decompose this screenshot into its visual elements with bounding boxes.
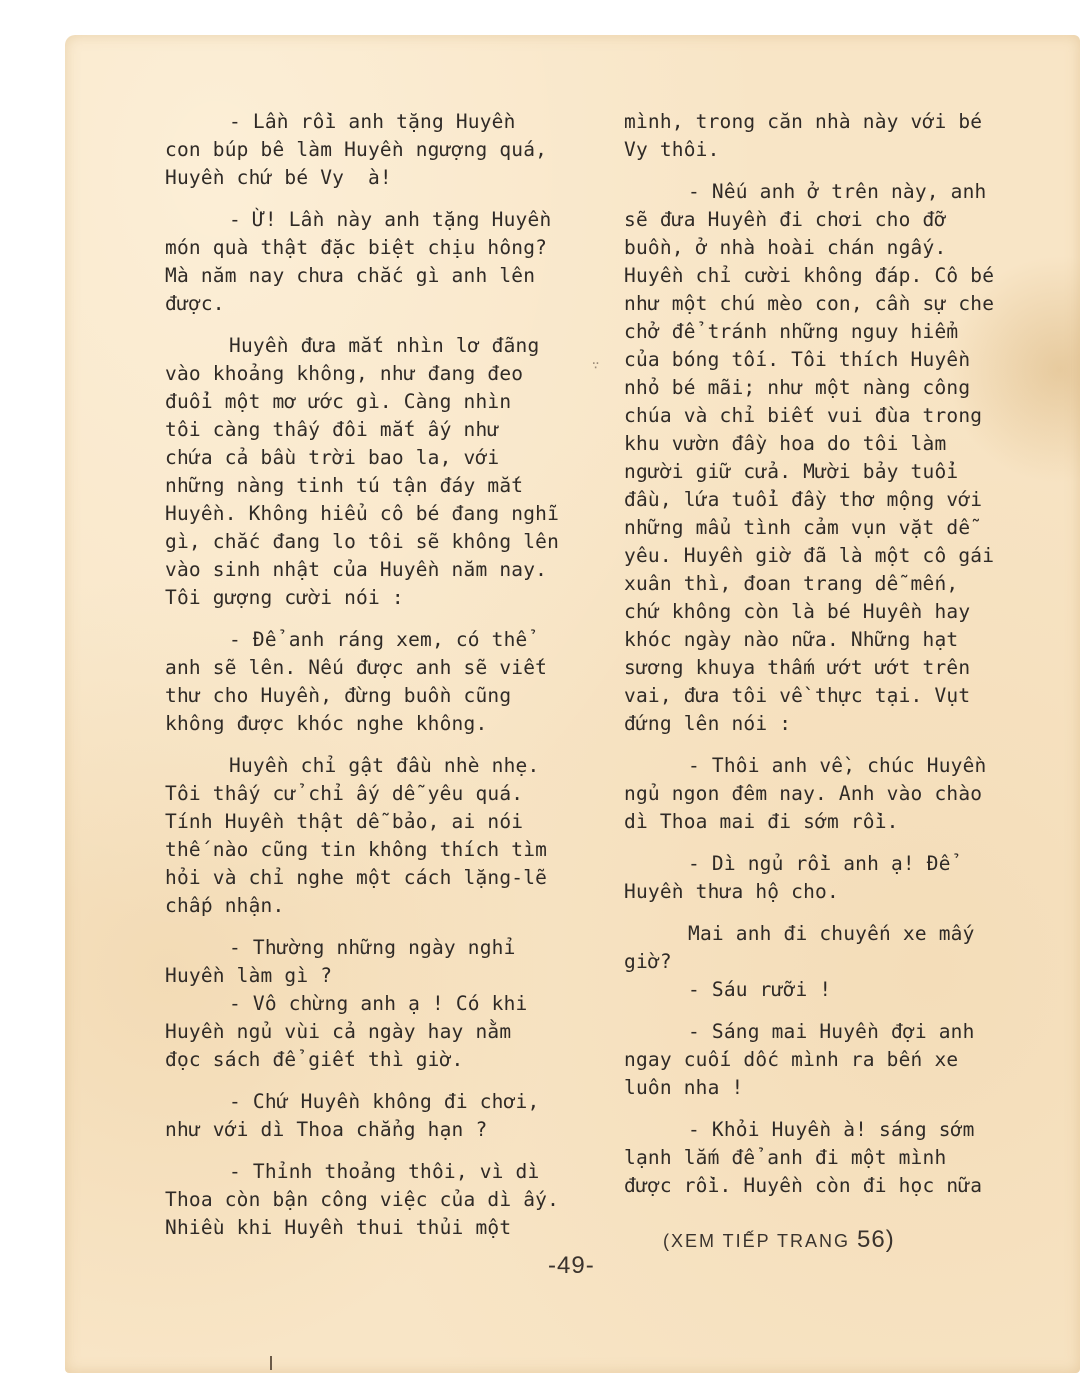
paragraph: - Để anh ráng xem, có thểanh sẽ lên. Nếu… [165, 626, 615, 738]
text-line: anh sẽ lên. Nếu được anh sẽ viết [165, 654, 615, 682]
paragraph: - Thôi anh về, chúc Huyềnngủ ngon đêm na… [624, 752, 1044, 836]
text-line: - Sáu rưỡi ! [624, 976, 1044, 1004]
text-line: tôi càng thấy đôi mắt ấy như [165, 416, 615, 444]
paragraph: - Sáng mai Huyền đợi anhngay cuối dốc mì… [624, 1018, 1044, 1102]
text-line: khóc ngày nào nữa. Những hạt [624, 626, 1044, 654]
continuation-note: (XEM TIẾP TRANG 56) [663, 1226, 895, 1254]
paragraph: - Dì ngủ rồi anh ạ! ĐểHuyền thưa hộ cho. [624, 850, 1044, 906]
text-line: đuổi một mơ ước gì. Càng nhìn [165, 388, 615, 416]
text-line: mình, trong căn nhà này với bé [624, 108, 1044, 136]
text-line: Huyền thưa hộ cho. [624, 878, 1044, 906]
text-line: Thoa còn bận công việc của dì ấy. [165, 1186, 615, 1214]
paragraph: - Thỉnh thoảng thôi, vì dìThoa còn bận c… [165, 1158, 615, 1242]
text-line: chúa và chỉ biết vui đùa trong [624, 402, 1044, 430]
paragraph: Huyền chỉ gật đầu nhè nhẹ.Tôi thấy cử ch… [165, 752, 615, 920]
text-line: như với dì Thoa chẳng hạn ? [165, 1116, 615, 1144]
paragraph: - Sáu rưỡi ! [624, 976, 1044, 1004]
text-line: ngay cuối dốc mình ra bến xe [624, 1046, 1044, 1074]
text-line: Mà năm nay chưa chắc gì anh lên [165, 262, 615, 290]
text-line: chấp nhận. [165, 892, 615, 920]
text-line: đọc sách để giết thì giờ. [165, 1046, 615, 1074]
paragraph: - Chứ Huyền không đi chơi,như với dì Tho… [165, 1088, 615, 1144]
paragraph: - Ừ! Lần này anh tặng Huyềnmón quà thật … [165, 206, 615, 318]
continuation-page: 56 [857, 1226, 886, 1253]
text-line: - Ừ! Lần này anh tặng Huyền [165, 206, 615, 234]
page-number: -49- [548, 1252, 595, 1280]
right-text-column: mình, trong căn nhà này với béVy thôi.- … [624, 108, 1044, 1200]
text-line: của bóng tối. Tôi thích Huyền [624, 346, 1044, 374]
text-line: vào sinh nhật của Huyền năm nay. [165, 556, 615, 584]
text-line: chở để tránh những nguy hiểm [624, 318, 1044, 346]
text-line: xuân thì, đoan trang dễ mến, [624, 570, 1044, 598]
text-line: buồn, ở nhà hoài chán ngấy. [624, 234, 1044, 262]
paragraph: - Vô chừng anh ạ ! Có khiHuyền ngủ vùi c… [165, 990, 615, 1074]
text-line: chứa cả bầu trời bao la, với [165, 444, 615, 472]
text-line: Vy thôi. [624, 136, 1044, 164]
text-line: những nàng tinh tú tận đáy mắt [165, 472, 615, 500]
text-line: - Chứ Huyền không đi chơi, [165, 1088, 615, 1116]
text-line: vai, đưa tôi về thực tại. Vụt [624, 682, 1044, 710]
text-line: Huyền chỉ cười không đáp. Cô bé [624, 262, 1044, 290]
text-line: - Thỉnh thoảng thôi, vì dì [165, 1158, 615, 1186]
text-line: người giữ cửa. Mười bảy tuổi [624, 458, 1044, 486]
text-line: Mai anh đi chuyến xe mấy [624, 920, 1044, 948]
text-line: - Nếu anh ở trên này, anh [624, 178, 1044, 206]
text-line: con búp bê làm Huyền ngượng quá, [165, 136, 615, 164]
text-line: hỏi và chỉ nghe một cách lặng-lẽ [165, 864, 615, 892]
text-line: như một chú mèo con, cần sự che [624, 290, 1044, 318]
text-line: - Thôi anh về, chúc Huyền [624, 752, 1044, 780]
text-line: luôn nha ! [624, 1074, 1044, 1102]
text-line: Huyền đưa mắt nhìn lơ đãng [165, 332, 615, 360]
text-line: Huyền. Không hiểu cô bé đang nghĩ [165, 500, 615, 528]
text-line: gì, chắc đang lo tôi sẽ không lên [165, 528, 615, 556]
text-line: - Thường những ngày nghỉ [165, 934, 615, 962]
text-line: Huyền làm gì ? [165, 962, 615, 990]
text-line: Nhiều khi Huyền thui thủi một [165, 1214, 615, 1242]
text-line: đứng lên nói : [624, 710, 1044, 738]
text-line: - Sáng mai Huyền đợi anh [624, 1018, 1044, 1046]
text-line: yêu. Huyền giờ đã là một cô gái [624, 542, 1044, 570]
left-text-column: - Lần rồi anh tặng Huyềncon búp bê làm H… [165, 108, 615, 1242]
paragraph: Mai anh đi chuyến xe mấygiờ? [624, 920, 1044, 976]
paragraph: mình, trong căn nhà này với béVy thôi. [624, 108, 1044, 164]
text-line: thư cho Huyền, đừng buồn cũng [165, 682, 615, 710]
text-line: Tôi gượng cười nói : [165, 584, 615, 612]
text-line: sương khuya thấm ướt ướt trên [624, 654, 1044, 682]
text-line: Huyền chứ bé Vy à! [165, 164, 615, 192]
continuation-label: (XEM TIẾP TRANG [663, 1231, 857, 1251]
paragraph: - Thường những ngày nghỉHuyền làm gì ? [165, 934, 615, 990]
text-line: Huyền chỉ gật đầu nhè nhẹ. [165, 752, 615, 780]
paragraph: - Lần rồi anh tặng Huyềncon búp bê làm H… [165, 108, 615, 192]
text-line: đầu, lứa tuổi đầy thơ mộng với [624, 486, 1044, 514]
paragraph: - Nếu anh ở trên này, anhsẽ đưa Huyền đi… [624, 178, 1044, 738]
text-line: món quà thật đặc biệt chịu hông? [165, 234, 615, 262]
text-line: - Lần rồi anh tặng Huyền [165, 108, 615, 136]
text-line: giờ? [624, 948, 1044, 976]
text-line: sẽ đưa Huyền đi chơi cho đỡ [624, 206, 1044, 234]
continuation-close: ) [886, 1226, 895, 1253]
text-line: dì Thoa mai đi sớm rồi. [624, 808, 1044, 836]
text-line: thế nào cũng tin không thích tìm [165, 836, 615, 864]
text-line: - Để anh ráng xem, có thể [165, 626, 615, 654]
text-line: Tính Huyền thật dễ bảo, ai nói [165, 808, 615, 836]
text-line: - Dì ngủ rồi anh ạ! Để [624, 850, 1044, 878]
text-line: Tôi thấy cử chỉ ấy dễ yêu quá. [165, 780, 615, 808]
text-line: những mẩu tình cảm vụn vặt dễ [624, 514, 1044, 542]
page-tick-mark [270, 1356, 272, 1370]
text-line: Huyền ngủ vùi cả ngày hay nằm [165, 1018, 615, 1046]
text-line: vào khoảng không, như đang đeo [165, 360, 615, 388]
text-line: ngủ ngon đêm nay. Anh vào chào [624, 780, 1044, 808]
text-line: không được khóc nghe không. [165, 710, 615, 738]
text-line: - Vô chừng anh ạ ! Có khi [165, 990, 615, 1018]
text-line: khu vườn đầy hoa do tôi làm [624, 430, 1044, 458]
text-line: được rồi. Huyền còn đi học nữa [624, 1172, 1044, 1200]
text-line: lạnh lắm để anh đi một mình [624, 1144, 1044, 1172]
paragraph: Huyền đưa mắt nhìn lơ đãngvào khoảng khô… [165, 332, 615, 612]
text-line: - Khỏi Huyền à! sáng sớm [624, 1116, 1044, 1144]
text-line: được. [165, 290, 615, 318]
text-line: nhỏ bé mãi; như một nàng công [624, 374, 1044, 402]
text-line: chứ không còn là bé Huyền hay [624, 598, 1044, 626]
paragraph: - Khỏi Huyền à! sáng sớmlạnh lắm để anh … [624, 1116, 1044, 1200]
